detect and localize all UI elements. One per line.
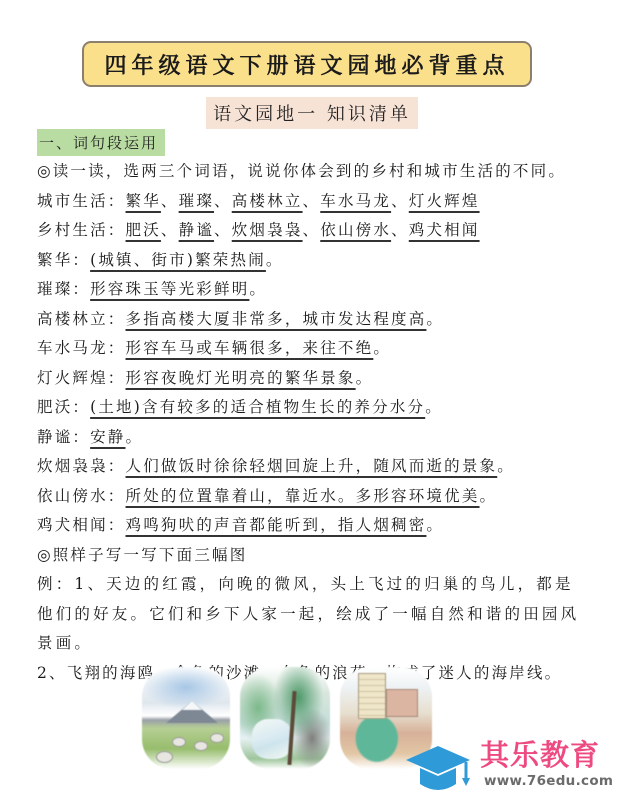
tall-building-shape — [358, 673, 386, 719]
period: 。 — [126, 428, 144, 446]
definition-text: 形容夜晚灯光明亮的繁华景象 — [126, 369, 356, 387]
definition-term: 璀璨： — [37, 280, 90, 298]
period: 。 — [425, 398, 443, 416]
period: 。 — [426, 310, 444, 328]
separator: 、 — [214, 221, 232, 239]
definition-text: 安静 — [90, 428, 125, 446]
definition-text: 人们做饭时徐徐轻烟回旋上升，随风而逝的景象 — [126, 457, 498, 475]
vocab-word: 依山傍水 — [320, 221, 391, 239]
definition-text: 形容车马或车辆很多，来往不绝 — [126, 339, 374, 357]
definition-term: 灯火辉煌： — [37, 369, 126, 387]
vocab-word: 高楼林立 — [232, 192, 303, 210]
period: 。 — [266, 251, 284, 269]
document-title-banner: 四年级语文下册语文园地必背重点 — [82, 41, 532, 87]
definition-text: (土地)含有较多的适合植物生长的养分水分 — [90, 398, 425, 416]
definition-term: 车水马龙： — [37, 339, 126, 357]
watermark-logo: 其乐教育 www.76edu.com — [404, 738, 614, 796]
low-building-shape — [386, 689, 418, 717]
vocab-word: 灯火辉煌 — [409, 192, 480, 210]
vocab-word: 肥沃 — [126, 221, 161, 239]
vocab-word: 炊烟袅袅 — [232, 221, 303, 239]
city-life-row: 城市生活：繁华、璀璨、高楼林立、车水马龙、灯火辉煌 — [37, 187, 597, 217]
definition-term: 高楼林立： — [37, 310, 126, 328]
snow-cap-shape — [182, 701, 202, 710]
period: 。 — [373, 339, 391, 357]
example-1-paragraph: 例：1、天边的红霞，向晚的微风，头上飞过的归巢的鸟儿，都是他们的好友。它们和乡下… — [37, 570, 585, 659]
subtitle-banner: 语文园地一 知识清单 — [206, 97, 418, 129]
separator: 、 — [303, 192, 321, 210]
definition-term: 鸡犬相闻： — [37, 516, 126, 534]
country-life-label: 乡村生活： — [37, 221, 126, 239]
section-heading: 一、词句段运用 — [37, 129, 165, 156]
definition-row: 繁华：(城镇、街市)繁荣热闹。 — [37, 246, 597, 276]
separator: 、 — [161, 192, 179, 210]
vocab-word: 车水马龙 — [320, 192, 391, 210]
sheep-shape — [172, 737, 186, 747]
section-heading-text: 一、词句段运用 — [39, 132, 158, 153]
definition-term: 静谧： — [37, 428, 90, 446]
definition-row: 肥沃：(土地)含有较多的适合植物生长的养分水分。 — [37, 393, 597, 423]
vocab-word: 繁华 — [126, 192, 161, 210]
definition-row: 车水马龙：形容车马或车辆很多，来往不绝。 — [37, 334, 597, 364]
definition-text: 所处的位置靠着山，靠近水。多形容环境优美 — [126, 487, 480, 505]
definition-text: 形容珠玉等光彩鲜明 — [90, 280, 249, 298]
period: 。 — [356, 369, 374, 387]
definition-term: 依山傍水： — [37, 487, 126, 505]
definition-text: 鸡鸣狗吠的声音都能听到，指人烟稠密 — [126, 516, 427, 534]
definition-text: (城镇、街市)繁荣热闹 — [90, 251, 266, 269]
definition-row: 高楼林立：多指高楼大厦非常多，城市发达程度高。 — [37, 305, 597, 335]
watermark-brand: 其乐教育 — [480, 738, 600, 772]
vocab-word: 静谧 — [179, 221, 214, 239]
period: 。 — [497, 457, 515, 475]
definition-row: 璀璨：形容珠玉等光彩鲜明。 — [37, 275, 597, 305]
grassland-with-sheep-image — [142, 667, 230, 769]
city-life-label: 城市生活： — [37, 192, 126, 210]
sheep-shape — [210, 733, 224, 743]
graduation-cap-icon — [404, 744, 474, 796]
definition-term: 肥沃： — [37, 398, 90, 416]
subtitle-text: 语文园地一 知识清单 — [213, 100, 411, 126]
definition-row: 鸡犬相闻：鸡鸣狗吠的声音都能听到，指人烟稠密。 — [37, 511, 597, 541]
document-title: 四年级语文下册语文园地必背重点 — [104, 49, 509, 80]
country-life-row: 乡村生活：肥沃、静谧、炊烟袅袅、依山傍水、鸡犬相闻 — [37, 216, 597, 246]
period: 。 — [426, 516, 444, 534]
separator: 、 — [214, 192, 232, 210]
separator: 、 — [391, 192, 409, 210]
sheep-shape — [156, 751, 173, 763]
separator: 、 — [161, 221, 179, 239]
period: 。 — [249, 280, 267, 298]
period: 。 — [480, 487, 498, 505]
vocab-word: 璀璨 — [179, 192, 214, 210]
definition-row: 依山傍水：所处的位置靠着山，靠近水。多形容环境优美。 — [37, 482, 597, 512]
definition-row: 静谧：安静。 — [37, 423, 597, 453]
document-body: ◎读一读，选两三个词语，说说你体会到的乡村和城市生活的不同。 城市生活：繁华、璀… — [37, 157, 597, 688]
sheep-shape — [194, 741, 208, 751]
exercise2-prompt: ◎照样子写一写下面三幅图 — [37, 541, 597, 571]
illustration-row — [142, 667, 432, 769]
watermark-url: www.76edu.com — [484, 773, 613, 789]
definition-row: 灯火辉煌：形容夜晚灯光明亮的繁华景象。 — [37, 364, 597, 394]
waterfall-forest-image — [240, 667, 330, 769]
definition-term: 炊烟袅袅： — [37, 457, 126, 475]
vocab-word: 鸡犬相闻 — [409, 221, 480, 239]
exercise1-prompt: ◎读一读，选两三个词语，说说你体会到的乡村和城市生活的不同。 — [37, 157, 597, 187]
definition-text: 多指高楼大厦非常多，城市发达程度高 — [126, 310, 427, 328]
definition-row: 炊烟袅袅：人们做饭时徐徐轻烟回旋上升，随风而逝的景象。 — [37, 452, 597, 482]
waterfall-shape — [252, 719, 292, 759]
separator: 、 — [303, 221, 321, 239]
separator: 、 — [391, 221, 409, 239]
definition-term: 繁华： — [37, 251, 90, 269]
